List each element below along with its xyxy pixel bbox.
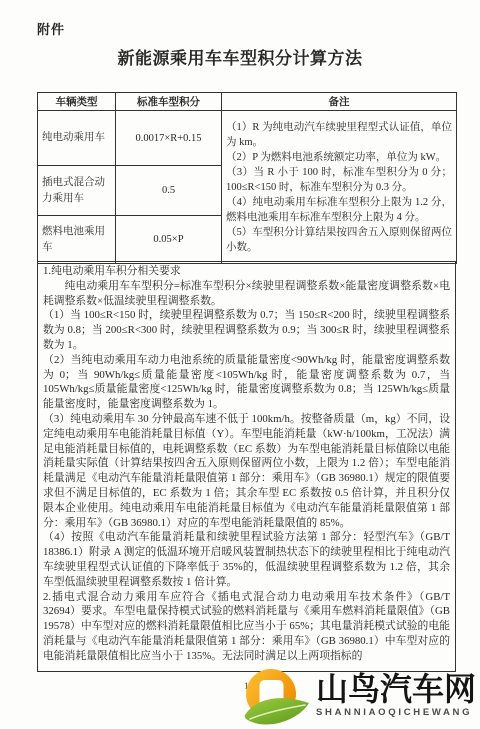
watermark-text: 山鸟汽车网 SHANNIAOQICHEWANG xyxy=(316,673,476,718)
remark-item-5: （5）车型积分计算结果按四舍五入原则保留两位小数。 xyxy=(226,225,452,255)
header-vehicle-type: 车辆类型 xyxy=(38,93,116,111)
attachment-label: 附件 xyxy=(37,19,65,38)
notes-item-2: （2）当纯电动乘用车动力电池系统的质量能量密度<90Wh/kg 时，能量密度调整… xyxy=(43,353,450,412)
notes-item-3: （3）纯电动乘用车 30 分钟最高车速不低于 100km/h。按整备质量（m，k… xyxy=(43,412,450,530)
notes-formula: 纯电动乘用车车型积分=标准车型积分×续驶里程调整系数×能量密度调整系数×电耗调整… xyxy=(43,279,450,309)
watermark-subtitle: SHANNIAOQICHEWANG xyxy=(316,707,476,718)
document-page: 附件 新能源乘用车车型积分计算方法 车辆类型 标准车型积分 备注 纯电动乘用车 … xyxy=(0,0,480,729)
remark-item-2: （2）P 为燃料电池系统额定功率，单位为 kW。 xyxy=(226,150,452,165)
header-standard-score: 标准车型积分 xyxy=(116,93,222,111)
notes-heading-bev: 1.纯电动乘用车积分相关要求 xyxy=(43,264,450,279)
vehicle-type-bev: 纯电动乘用车 xyxy=(38,111,116,166)
score-formula-phev: 0.5 xyxy=(116,166,222,216)
table-row: 纯电动乘用车 0.0017×R+0.15 （1）R 为纯电动汽车续驶里程型式认证… xyxy=(38,111,457,166)
shanniao-logo-icon xyxy=(243,666,311,728)
score-formula-fcv: 0.05×P xyxy=(116,216,222,264)
watermark-name: 山鸟汽车网 xyxy=(316,673,476,705)
table-header-row: 车辆类型 标准车型积分 备注 xyxy=(38,93,457,111)
page-title: 新能源乘用车车型积分计算方法 xyxy=(0,44,480,69)
notes-item-1: （1）当 100≤R<150 时，续驶里程调整系数为 0.7；当 150≤R<2… xyxy=(43,308,450,352)
remark-item-1: （1）R 为纯电动汽车续驶里程型式认证值，单位为 km。 xyxy=(226,120,452,150)
notes-heading-phev: 2.插电式混合动力乘用车应符合《插电式混合动力电动乘用车技术条件》（GB/T 3… xyxy=(43,590,450,664)
vehicle-type-fcv: 燃料电池乘用车 xyxy=(38,216,116,264)
notes-item-4: （4）按照《电动汽车能量消耗量和续驶里程试验方法第 1 部分：轻型汽车》（GB/… xyxy=(43,530,450,589)
remark-item-3: （3）当 R 小于 100 时，标准车型积分为 0 分；100≤R<150 时，… xyxy=(226,165,452,195)
score-formula-bev: 0.0017×R+0.15 xyxy=(116,111,222,166)
header-remarks: 备注 xyxy=(222,93,457,111)
notes-box: 1.纯电动乘用车积分相关要求 纯电动乘用车车型积分=标准车型积分×续驶里程调整系… xyxy=(37,261,456,672)
remark-item-4: （4）纯电动乘用车标准车型积分上限为 1.2 分，燃料电池乘用车标准车型积分上限… xyxy=(226,195,452,225)
remarks-cell: （1）R 为纯电动汽车续驶里程型式认证值，单位为 km。 （2）P 为燃料电池系… xyxy=(222,111,457,264)
score-table: 车辆类型 标准车型积分 备注 纯电动乘用车 0.0017×R+0.15 （1）R… xyxy=(37,92,457,264)
watermark-logo: 山鸟汽车网 SHANNIAOQICHEWANG xyxy=(243,666,480,729)
vehicle-type-phev: 插电式混合动力乘用车 xyxy=(38,166,116,216)
